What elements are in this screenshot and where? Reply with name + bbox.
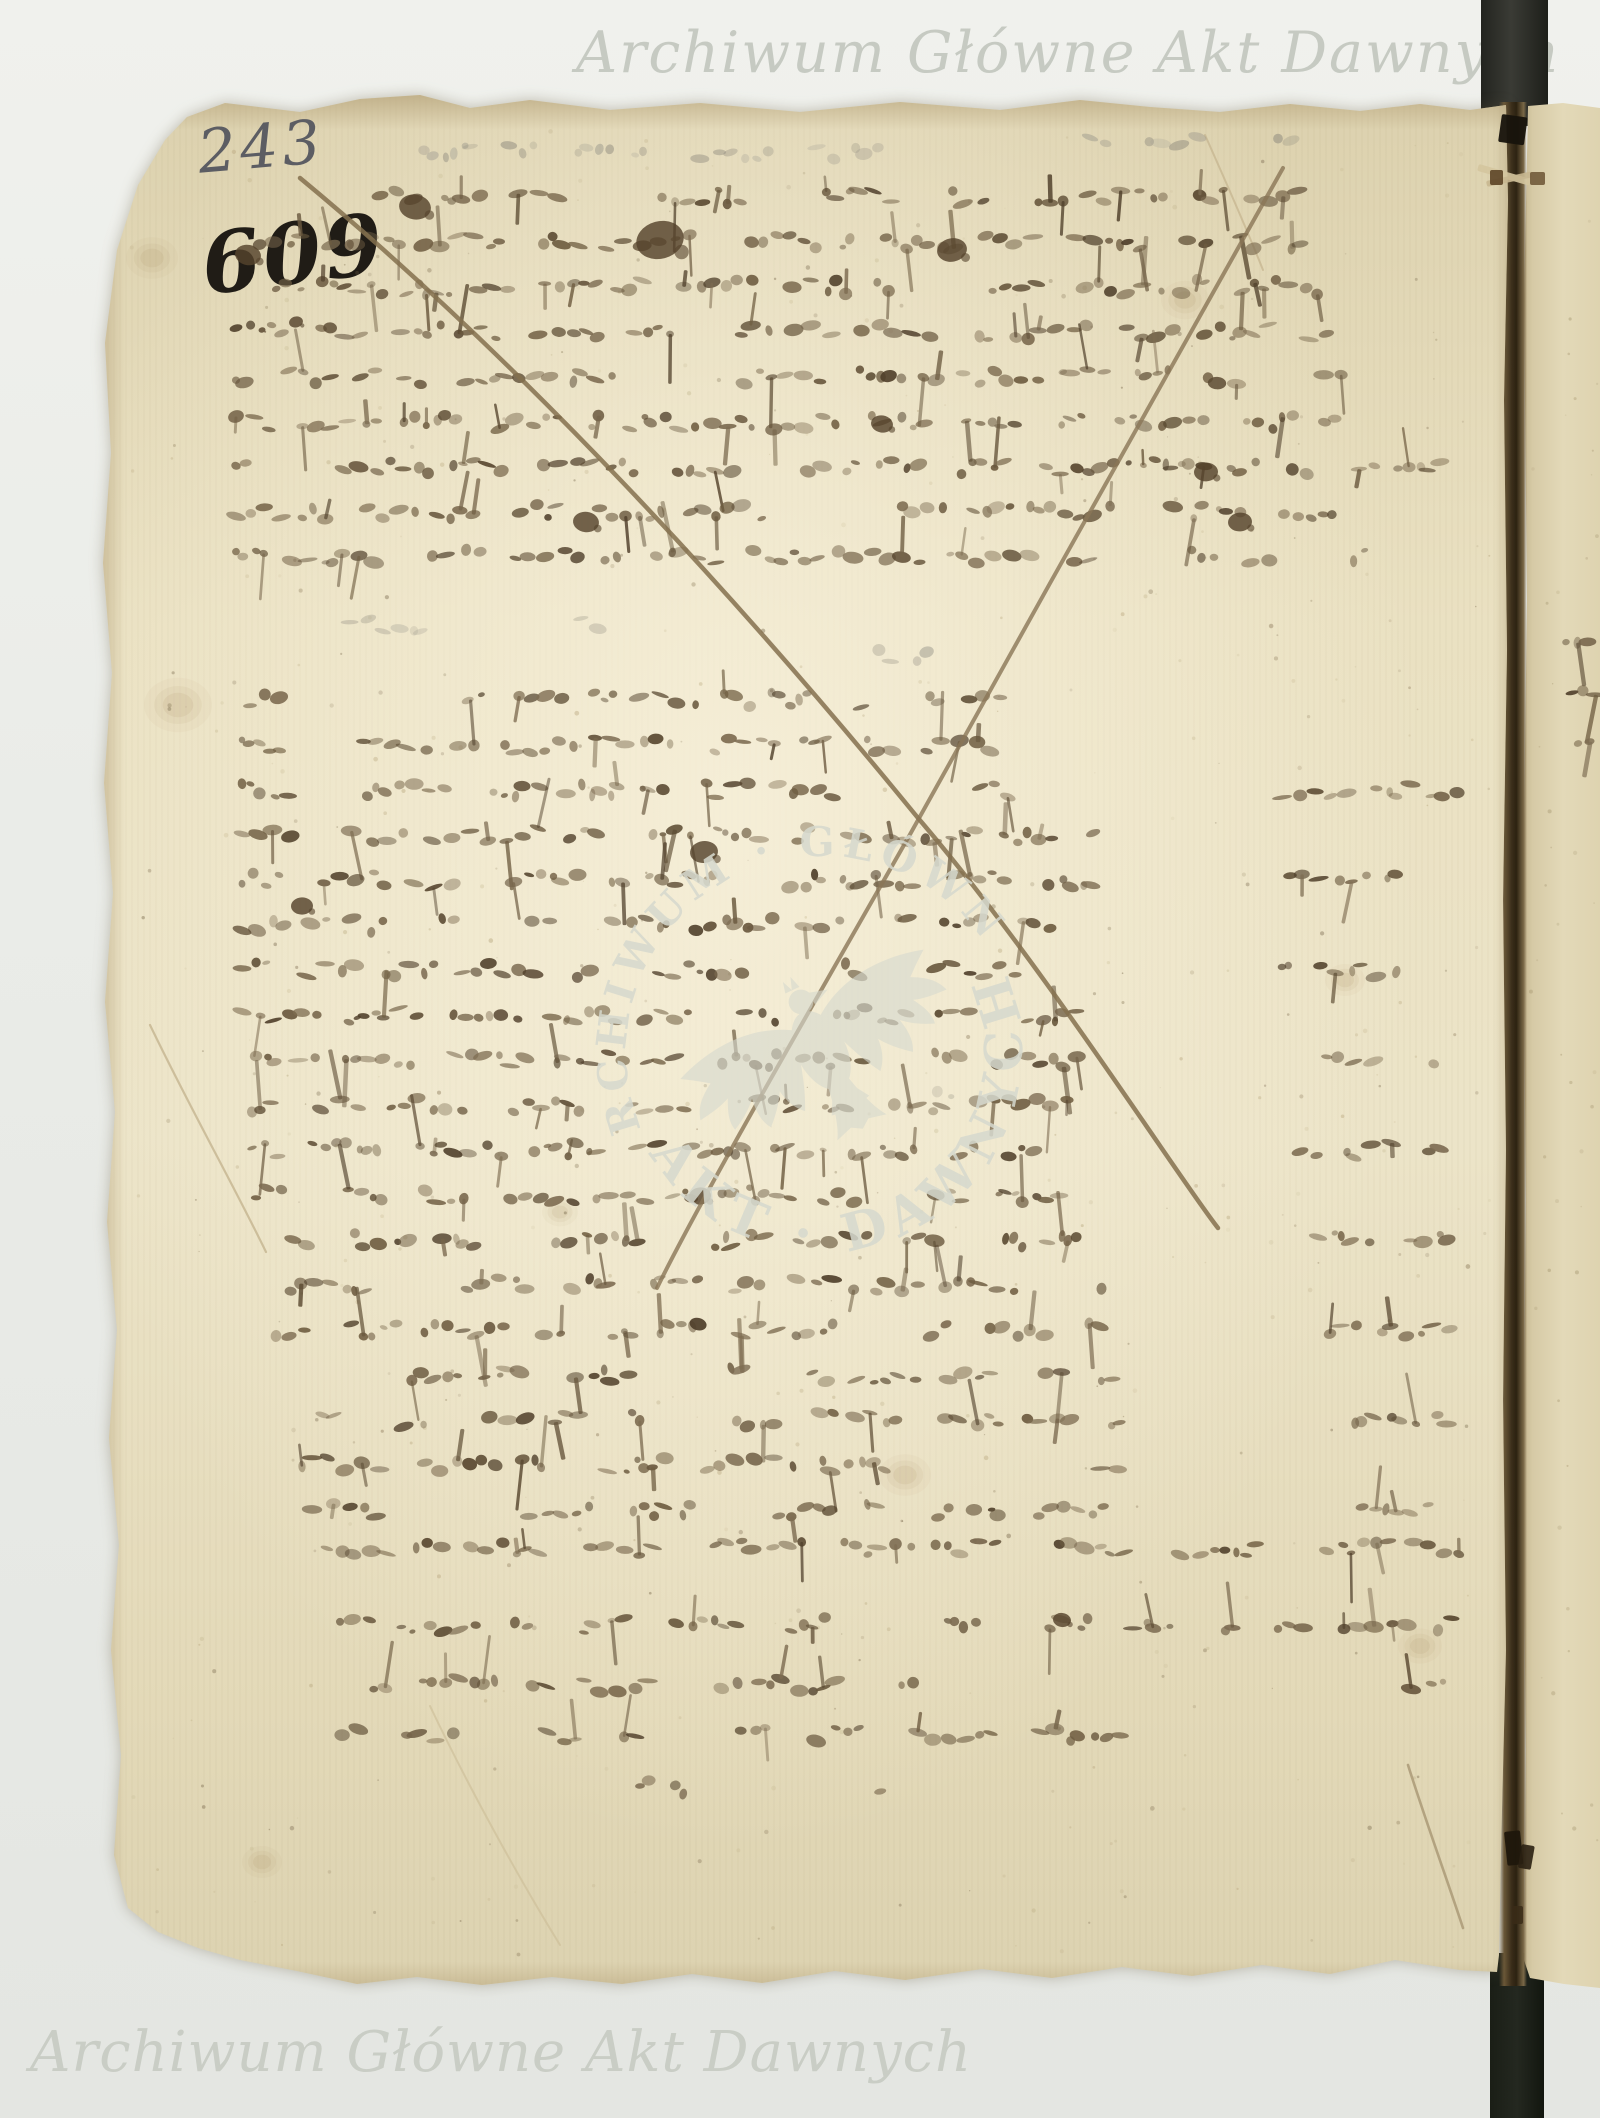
archive-watermark-text-top: Archiwum Główne Akt Dawnych [576, 20, 1561, 86]
archival-scan: Archiwum Główne Akt Dawnych Archiwum Głó… [0, 0, 1600, 2118]
facing-page-edge [1518, 100, 1600, 1990]
archive-watermark-text-bottom: Archiwum Główne Akt Dawnych [30, 2020, 972, 2085]
manuscript-page [95, 92, 1520, 1996]
page-number-pencil: 243 [195, 107, 327, 188]
